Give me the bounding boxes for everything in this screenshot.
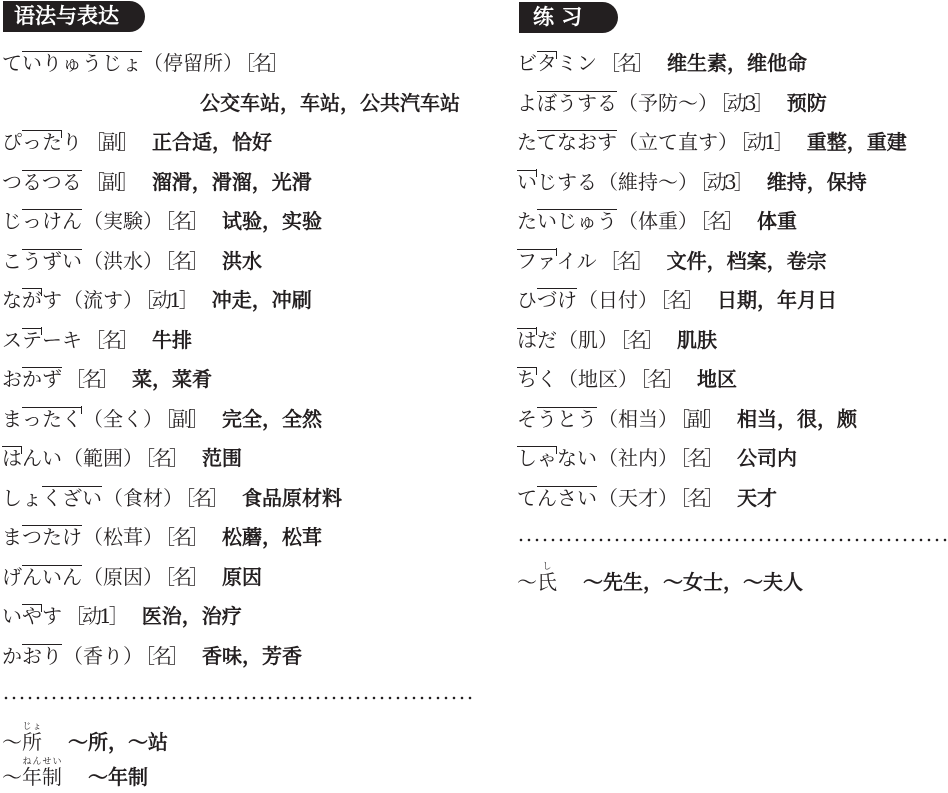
part-of-speech: ［名］: [620, 328, 661, 352]
reading: つるつる: [2, 170, 82, 194]
reading: ファイル: [517, 249, 597, 273]
pitch-accent-overline: や: [22, 604, 42, 628]
reading: しゃない: [517, 446, 597, 470]
meaning: 牛排: [152, 328, 192, 352]
reading: ぴったり: [2, 130, 82, 154]
pitch-accent-overline: タ: [537, 51, 557, 75]
reading-post: す: [42, 604, 62, 628]
kanji: （予防～）: [618, 91, 718, 115]
part-of-speech: ［名］: [165, 565, 206, 589]
reading: ちく: [517, 367, 557, 391]
reading-pre: ひ: [517, 288, 537, 312]
meaning: 食品原材料: [242, 486, 342, 510]
pitch-accent-overline: んさい: [537, 486, 597, 510]
meaning: 菜，菜肴: [132, 367, 212, 391]
reading-pre: げ: [2, 565, 22, 589]
pitch-accent-overline: んいん: [22, 565, 82, 589]
part-of-speech: ［名］: [640, 367, 681, 391]
vocab-entry: ながす（流す）［动1］冲走，冲刷: [2, 281, 482, 321]
vocab-entry-continuation: 公交车站，车站，公共汽车站: [2, 84, 482, 124]
suffix-kanji: 年制: [22, 765, 62, 789]
vocab-entry: ひづけ（日付）［名］日期，年月日: [517, 281, 948, 321]
meaning: 预防: [787, 91, 827, 115]
reading-pre: た: [517, 130, 537, 154]
reading: いやす: [2, 604, 62, 628]
reading-post: ミン: [557, 51, 597, 75]
vocab-entry: たてなおす（立て直す）［动1］重整，重建: [517, 123, 948, 163]
kanji: （全く）: [83, 407, 163, 431]
reading: しょくざい: [2, 486, 102, 510]
part-of-speech: ［名］: [245, 51, 286, 75]
pitch-accent-overline: ぼうする: [537, 91, 617, 115]
suffix-headword: 所じょ: [22, 730, 42, 754]
reading-post: り: [62, 130, 82, 154]
kanji: （社内）: [598, 446, 678, 470]
reading: ステーキ: [2, 328, 82, 352]
kanji: （流す）: [63, 288, 143, 312]
pitch-accent-overline: おり: [22, 644, 62, 668]
reading: たいじゅう: [517, 209, 617, 233]
reading-pre: て: [2, 51, 22, 75]
meaning: 天才: [737, 486, 777, 510]
part-of-speech: ［名］: [85, 328, 136, 352]
pitch-accent-overline: っけん: [22, 209, 82, 233]
suffix-entry: ～年制ねんせい～年制: [2, 757, 148, 789]
meaning: 正合适，恰好: [152, 130, 272, 154]
vocab-entry: ビタミン［名］维生素，维他命: [517, 44, 948, 84]
meaning: 相当，很，颇: [737, 407, 857, 431]
vocab-entry: つるつる［副］溜滑，滑溜，光滑: [2, 163, 482, 203]
kanji: （実験）: [83, 209, 163, 233]
part-of-speech: ［副］: [85, 170, 136, 194]
kanji: （原因）: [83, 565, 163, 589]
suffix-headword: 氏し: [537, 570, 557, 594]
reading-post: ーキ: [42, 328, 82, 352]
reading: そうとう: [517, 407, 597, 431]
reading-post: く: [537, 367, 557, 391]
reading: たてなおす: [517, 130, 617, 154]
section-heading-practice: 练 习: [519, 2, 618, 33]
reading-pre: しょ: [2, 486, 42, 510]
meaning: 试验，实验: [222, 209, 322, 233]
kanji: （停留所）: [143, 51, 243, 75]
vocab-entry: ステーキ［名］牛排: [2, 321, 482, 361]
reading-pre: ま: [2, 407, 22, 431]
vocab-entry: しょくざい（食材）［名］食品原材料: [2, 479, 482, 519]
meaning: 松蘑，松茸: [222, 525, 322, 549]
heading-label: 语法与表达: [14, 4, 119, 28]
vocab-list-practice: ビタミン［名］维生素，维他命 よぼうする（予防～）［动3］预防 たてなおす（立て…: [517, 44, 948, 518]
suffix-tilde: ～: [2, 765, 22, 789]
reading-pre: い: [2, 604, 22, 628]
furigana: し: [537, 562, 557, 572]
meaning: 完全，全然: [222, 407, 322, 431]
vocab-entry: おかず［名］菜，菜肴: [2, 360, 482, 400]
dotted-divider: [517, 538, 948, 542]
kanji: （日付）: [578, 288, 658, 312]
part-of-speech: ［副］: [85, 130, 136, 154]
reading-pre: こ: [2, 249, 22, 273]
vocab-entry: よぼうする（予防～）［动3］预防: [517, 84, 948, 124]
part-of-speech: ［名］: [65, 367, 116, 391]
part-of-speech: ［名］: [165, 525, 206, 549]
kanji: （松茸）: [83, 525, 163, 549]
kanji: （維持～）: [598, 170, 698, 194]
pitch-accent-overline: づけ: [537, 288, 577, 312]
suffix-headword: 年制ねんせい: [22, 765, 62, 789]
vocab-entry: いやす［动1］医治，治疗: [2, 597, 482, 637]
vocab-entry: まったく（全く）［副］完全，全然: [2, 400, 482, 440]
vocab-entry: こうずい（洪水）［名］洪水: [2, 242, 482, 282]
heading-label: 练 习: [533, 5, 582, 29]
kanji: （天才）: [598, 486, 678, 510]
pitch-accent-overline: かず: [22, 367, 62, 391]
kanji: （地区）: [558, 367, 638, 391]
reading: まつたけ: [2, 525, 82, 549]
meaning: 维生素，维他命: [667, 51, 807, 75]
reading-pre: ま: [2, 525, 22, 549]
meaning: 香味，芳香: [202, 644, 302, 668]
reading: はんい: [2, 446, 62, 470]
suffix-tilde: ～: [517, 570, 537, 594]
reading-post: す: [42, 288, 62, 312]
pitch-accent-overline: しゃ: [517, 446, 557, 470]
pitch-accent-overline: るつる: [22, 170, 82, 194]
kanji: （香り）: [63, 644, 143, 668]
reading: げんいん: [2, 565, 82, 589]
vocab-list-grammar: ていりゅうじょ（停留所）［名］ 公交车站，车站，公共汽车站 ぴったり［副］正合适…: [2, 44, 482, 676]
pitch-accent-overline: ったく: [22, 407, 82, 431]
reading: ビタミン: [517, 51, 597, 75]
reading-pre: た: [517, 209, 537, 233]
kanji: （体重）: [618, 209, 698, 233]
pitch-accent-overline: が: [22, 288, 42, 312]
reading: ひづけ: [517, 288, 577, 312]
suffix-kanji: 氏: [537, 570, 557, 594]
meaning: ～所，～站: [68, 730, 168, 754]
part-of-speech: ［名］: [165, 209, 206, 233]
reading: てんさい: [517, 486, 597, 510]
meaning: 体重: [757, 209, 797, 233]
meaning: 洪水: [222, 249, 262, 273]
reading-post: ない: [557, 446, 597, 470]
pitch-accent-overline: うずい: [22, 249, 82, 273]
meaning: 公司内: [737, 446, 797, 470]
vocab-entry: じっけん（実験）［名］试验，实验: [2, 202, 482, 242]
reading: ながす: [2, 288, 62, 312]
suffix-entry: ～氏し～先生，～女士，～夫人: [517, 562, 803, 594]
part-of-speech: ［动1］: [145, 288, 196, 312]
part-of-speech: ［名］: [185, 486, 226, 510]
meaning: 医治，治疗: [142, 604, 242, 628]
vocab-entry: まつたけ（松茸）［名］松蘑，松茸: [2, 518, 482, 558]
pitch-accent-overline: てなおす: [537, 130, 617, 154]
reading-pre: つ: [2, 170, 22, 194]
pitch-accent-overline: つたけ: [22, 525, 82, 549]
vocab-entry: はんい（範囲）［名］范围: [2, 439, 482, 479]
suffix-tilde: ～: [2, 730, 22, 754]
vocab-entry: しゃない（社内）［名］公司内: [517, 439, 948, 479]
reading-pre: か: [2, 644, 22, 668]
reading: こうずい: [2, 249, 82, 273]
suffix-entry: ～所じょ～所，～站: [2, 722, 168, 754]
meaning: 肌肤: [677, 328, 717, 352]
reading: よぼうする: [517, 91, 617, 115]
meaning: 范围: [202, 446, 242, 470]
part-of-speech: ［名］: [145, 644, 186, 668]
meaning: 溜滑，滑溜，光滑: [152, 170, 312, 194]
pitch-accent-overline: ファ: [517, 249, 557, 273]
part-of-speech: ［动1］: [740, 130, 791, 154]
reading-pre: ぴ: [2, 130, 22, 154]
part-of-speech: ［动3］: [720, 91, 771, 115]
meaning: ～先生，～女士，～夫人: [583, 570, 803, 594]
pitch-accent-overline: テ: [22, 328, 42, 352]
pitch-accent-overline: うとう: [537, 407, 597, 431]
meaning: 重整，重建: [807, 130, 907, 154]
pitch-accent-overline: いじゅう: [537, 209, 617, 233]
pitch-accent-overline: い: [517, 170, 537, 194]
pitch-accent-overline: った: [22, 130, 62, 154]
part-of-speech: ［副］: [680, 407, 721, 431]
part-of-speech: ［动3］: [700, 170, 751, 194]
reading: かおり: [2, 644, 62, 668]
kanji: （食材）: [103, 486, 183, 510]
meaning: 地区: [697, 367, 737, 391]
kanji: （立て直す）: [618, 130, 738, 154]
pitch-accent-overline: は: [517, 328, 537, 352]
reading-post: じする: [537, 170, 597, 194]
reading-pre: お: [2, 367, 22, 391]
reading: はだ: [517, 328, 557, 352]
furigana: ねんせい: [22, 757, 62, 767]
reading-post: イル: [557, 249, 597, 273]
reading-pre: ビ: [517, 51, 537, 75]
vocab-entry: てんさい（天才）［名］天才: [517, 479, 948, 519]
meaning: 文件，档案，卷宗: [667, 249, 827, 273]
vocab-entry: はだ（肌）［名］肌肤: [517, 321, 948, 361]
vocab-entry: ファイル［名］文件，档案，卷宗: [517, 242, 948, 282]
dotted-divider: [2, 696, 476, 700]
reading: おかず: [2, 367, 62, 391]
part-of-speech: ［名］: [600, 51, 651, 75]
part-of-speech: ［动1］: [65, 604, 126, 628]
meaning: 维持，保持: [767, 170, 867, 194]
part-of-speech: ［名］: [145, 446, 186, 470]
furigana: じょ: [22, 722, 42, 732]
reading-pre: ス: [2, 328, 22, 352]
meaning: ～年制: [88, 765, 148, 789]
vocab-entry: たいじゅう（体重）［名］体重: [517, 202, 948, 242]
part-of-speech: ［名］: [680, 486, 721, 510]
reading: ていりゅうじょ: [2, 51, 142, 75]
pitch-accent-overline: くざい: [42, 486, 102, 510]
vocab-entry: いじする（維持～）［动3］维持，保持: [517, 163, 948, 203]
reading-pre: て: [517, 486, 537, 510]
kanji: （洪水）: [83, 249, 163, 273]
pitch-accent-overline: ち: [517, 367, 537, 391]
meaning: 日期，年月日: [717, 288, 837, 312]
part-of-speech: ［名］: [600, 249, 651, 273]
kanji: （相当）: [598, 407, 678, 431]
kanji: （肌）: [558, 328, 618, 352]
part-of-speech: ［名］: [700, 209, 741, 233]
reading-post: んい: [22, 446, 62, 470]
suffix-kanji: 所: [22, 730, 42, 754]
vocab-entry: かおり（香り）［名］香味，芳香: [2, 637, 482, 677]
vocab-entry: ていりゅうじょ（停留所）［名］: [2, 44, 482, 84]
reading-post: だ: [537, 328, 557, 352]
pitch-accent-overline: は: [2, 446, 22, 470]
vocab-entry: げんいん（原因）［名］原因: [2, 558, 482, 598]
vocab-entry: ちく（地区）［名］地区: [517, 360, 948, 400]
meaning: 冲走，冲刷: [212, 288, 312, 312]
meaning: 原因: [222, 565, 262, 589]
reading-pre: よ: [517, 91, 537, 115]
part-of-speech: ［副］: [165, 407, 206, 431]
section-heading-grammar: 语法与表达: [3, 1, 145, 32]
part-of-speech: ［名］: [165, 249, 206, 273]
reading-pre: そ: [517, 407, 537, 431]
reading-pre: じ: [2, 209, 22, 233]
part-of-speech: ［名］: [660, 288, 701, 312]
reading: じっけん: [2, 209, 82, 233]
pitch-accent-overline: いりゅうじょ: [22, 51, 142, 75]
part-of-speech: ［名］: [680, 446, 721, 470]
vocab-entry: ぴったり［副］正合适，恰好: [2, 123, 482, 163]
reading: まったく: [2, 407, 82, 431]
reading-pre: な: [2, 288, 22, 312]
vocab-entry: そうとう（相当）［副］相当，很，颇: [517, 400, 948, 440]
meaning: 公交车站，车站，公共汽车站: [200, 91, 460, 115]
reading: いじする: [517, 170, 597, 194]
kanji: （範囲）: [63, 446, 143, 470]
